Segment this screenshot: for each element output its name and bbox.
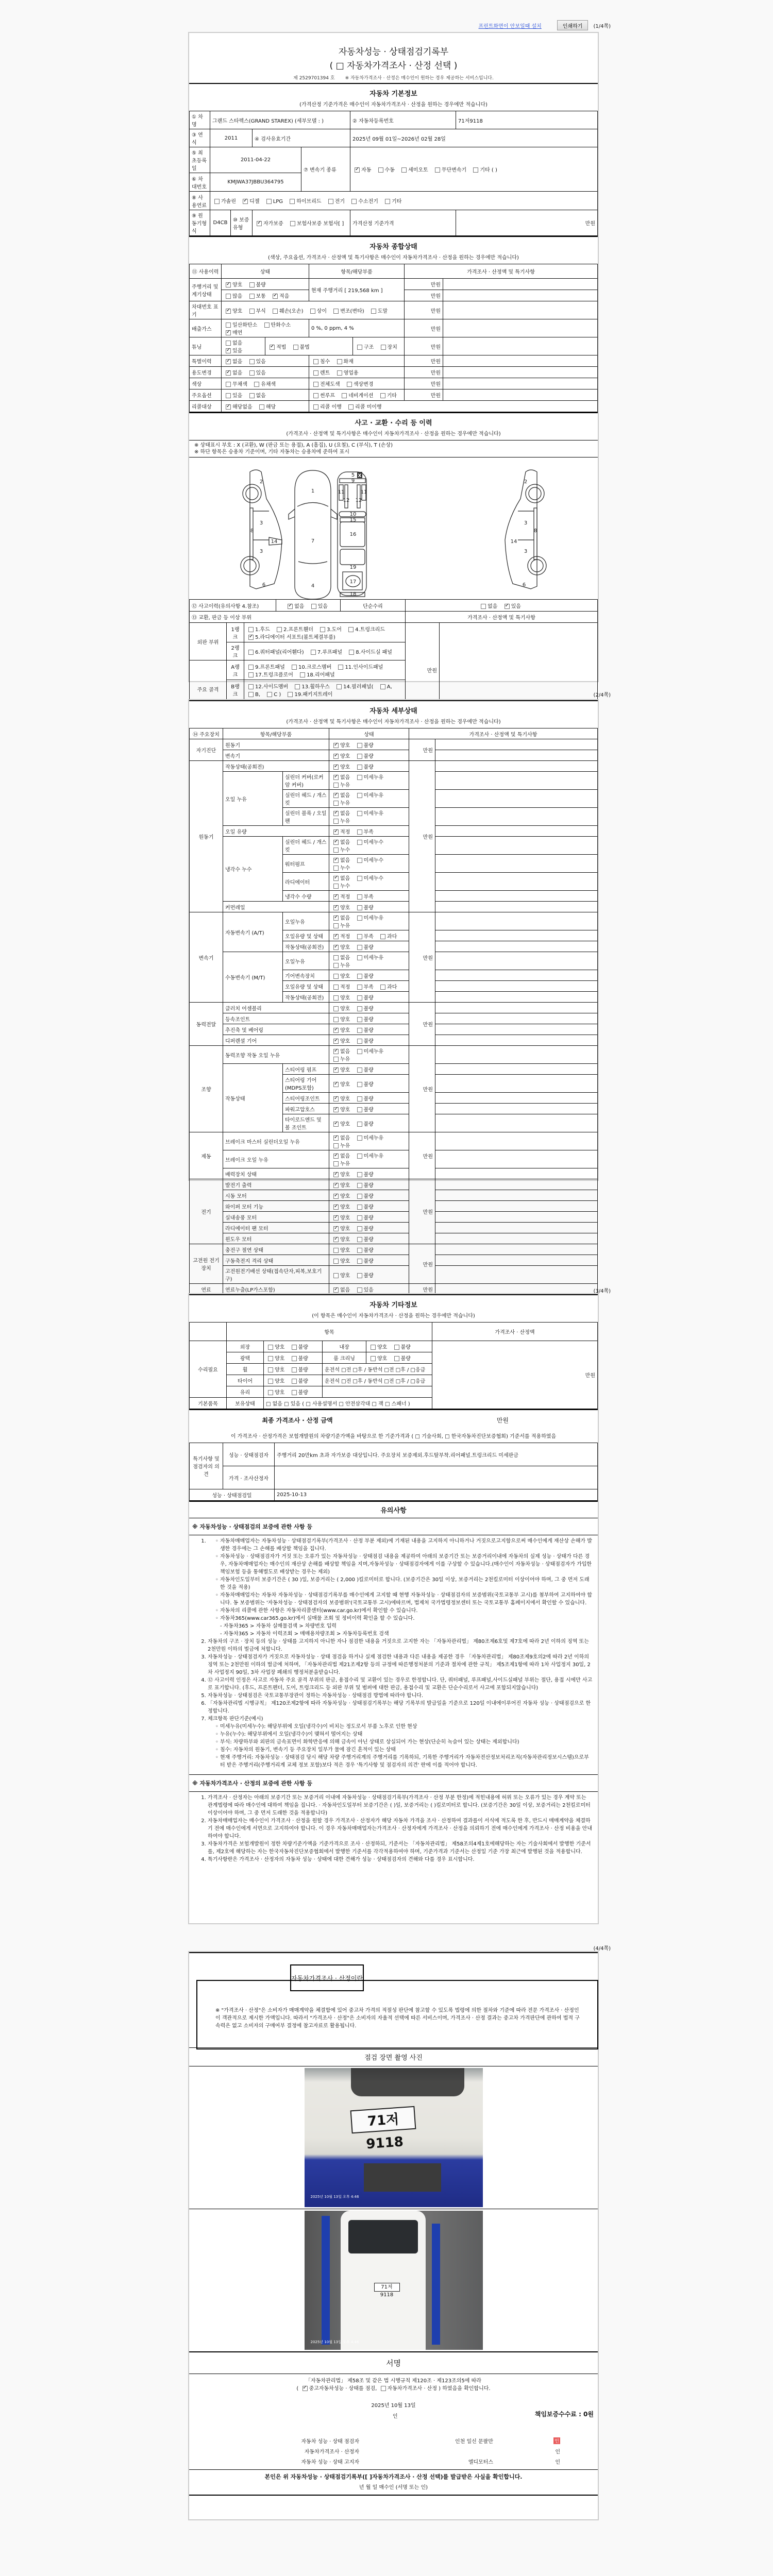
checkbox-option[interactable]: 양호 [331,974,350,979]
checkbox-option[interactable]: 없음 [331,1136,350,1141]
checkbox-option[interactable]: 양호 [331,1122,350,1127]
checkbox-option[interactable]: 3.도어 [318,627,342,633]
checkbox[interactable] [292,1356,297,1361]
checkbox-option[interactable]: 양호 [331,995,350,1001]
checkbox-option[interactable]: 자동 [352,167,371,173]
checkbox-option[interactable]: 미세누유 [355,916,384,921]
checkbox[interactable] [333,1237,339,1242]
checkbox-option[interactable]: 없음 [247,393,266,399]
checkbox[interactable] [394,1356,399,1361]
checkbox-option[interactable]: 과다 [378,934,397,940]
checkbox[interactable] [348,404,354,410]
checkbox-option[interactable]: 양호 [331,1194,350,1199]
checkbox[interactable] [348,627,354,632]
checkbox-option[interactable]: LPG [264,199,283,205]
checkbox-option[interactable]: 양호 [266,1345,284,1350]
checkbox-option[interactable]: 8.사이드실 패널 [347,650,392,655]
checkbox[interactable] [481,604,486,609]
checkbox-option[interactable]: 양호 [331,1172,350,1178]
checkbox[interactable] [357,1017,362,1022]
checkbox[interactable] [357,1067,362,1073]
checkbox-option[interactable]: 수소전기 [349,199,378,205]
checkbox-option[interactable]: 있음 [309,604,328,609]
checkbox-option[interactable]: 누유 [331,1057,350,1062]
checkbox[interactable] [357,829,362,835]
checkbox-option[interactable]: 누유 [331,963,350,969]
checkbox-option[interactable]: 변조(변타) [331,309,364,314]
checkbox-option[interactable]: 불량 [355,1194,374,1199]
checkbox-option[interactable]: 없음 [331,793,350,799]
checkbox[interactable] [313,404,318,410]
checkbox[interactable] [268,1390,273,1395]
checkbox[interactable] [290,221,295,226]
checkbox[interactable] [333,754,339,759]
checkbox[interactable] [313,393,318,398]
checkbox[interactable] [249,294,255,299]
checkbox[interactable] [333,1194,339,1199]
checkbox-option[interactable]: 미세누수 [355,876,384,882]
checkbox[interactable] [292,1345,297,1350]
checkbox-option[interactable]: 구조 [355,345,374,350]
checkbox[interactable] [357,905,362,910]
checkbox[interactable] [357,894,362,900]
checkbox[interactable] [333,765,339,770]
checkbox-option[interactable]: 적정 [331,985,350,990]
checkbox[interactable] [333,1096,339,1101]
checkbox[interactable] [505,604,510,609]
checkbox[interactable] [357,811,362,816]
checkbox-option[interactable]: 리콜 미이행 [346,404,381,410]
checkbox-option[interactable]: 과다 [378,985,397,990]
checkbox-option[interactable]: 양호 [331,905,350,911]
checkbox-option[interactable]: 누수 [331,848,350,853]
checkbox[interactable] [338,665,343,670]
checkbox[interactable] [292,1390,297,1395]
checkbox[interactable] [333,1136,339,1141]
checkbox[interactable] [249,393,255,398]
checkbox[interactable] [288,604,293,609]
checkbox[interactable] [357,876,362,881]
checkbox-option[interactable]: 부식 [247,309,266,314]
checkbox-option[interactable]: 10.크로스멤버 [290,665,331,670]
checkbox-option[interactable]: 양호 [331,1028,350,1033]
checkbox-option[interactable]: 없음 [331,876,350,882]
checkbox-option[interactable]: 부족 [355,985,374,990]
checkbox[interactable] [337,370,342,376]
checkbox-option[interactable]: 불량 [355,1205,374,1210]
checkbox[interactable] [333,775,339,780]
checkbox-option[interactable]: 불량 [355,1017,374,1023]
checkbox[interactable] [333,1172,339,1177]
checkbox[interactable] [293,345,298,350]
checkbox[interactable] [357,1154,362,1159]
checkbox[interactable] [273,294,278,299]
checkbox[interactable] [337,359,342,364]
checkbox-option[interactable]: 기타 ( ) [471,167,497,173]
checkbox-option[interactable]: 없음 [331,955,350,961]
checkbox-option[interactable]: 탄화수소 [262,323,291,328]
checkbox-option[interactable]: 불량 [355,974,374,979]
checkbox[interactable] [248,650,254,655]
checkbox[interactable] [333,955,339,960]
checkbox[interactable] [333,743,339,748]
checkbox[interactable] [226,393,231,398]
checkbox-option[interactable]: 양호 [331,1259,350,1264]
checkbox[interactable] [226,404,231,410]
checkbox-option[interactable]: 영업용 [335,370,359,376]
checkbox[interactable] [273,309,278,314]
checkbox[interactable] [380,985,385,990]
checkbox-option[interactable]: 렌트 [311,370,330,376]
checkbox[interactable] [357,793,362,798]
checkbox-option[interactable]: 불량 [355,1172,374,1178]
checkbox-option[interactable]: 적정 [331,934,350,940]
checkbox-option[interactable]: 양호 [331,1248,350,1253]
checkbox[interactable] [351,199,357,204]
checkbox-option[interactable]: 수동 [376,167,395,173]
checkbox[interactable] [401,167,407,173]
checkbox-option[interactable]: 18.리어패널 [298,672,335,678]
checkbox[interactable] [333,1259,339,1264]
checkbox-option[interactable]: 없음 [331,840,350,845]
checkbox-option[interactable]: 불법 [291,345,310,350]
checkbox[interactable] [333,1122,339,1127]
checkbox[interactable] [473,167,478,173]
checkbox-option[interactable]: 누유 [331,1143,350,1149]
checkbox-option[interactable]: 있음 [224,393,242,399]
checkbox[interactable] [333,945,339,950]
checkbox-option[interactable]: 누수 [331,884,350,889]
checkbox-option[interactable]: 5.라디에이터 서포트(볼트체결부품) [246,635,335,640]
checkbox-option[interactable]: 2.프론트휀더 [275,627,313,633]
checkbox-option[interactable]: 양호 [331,1096,350,1102]
checkbox-option[interactable]: 불량 [355,945,374,951]
checkbox-option[interactable]: 미세누유 [355,955,384,961]
checkbox-option[interactable]: 적정 [331,894,350,900]
checkbox-option[interactable]: 불량 [355,765,374,770]
checkbox-option[interactable]: 매연 [224,330,242,336]
checkbox-option[interactable]: 불량 [355,1215,374,1221]
checkbox-option[interactable]: 없음 [331,811,350,817]
checkbox-option[interactable]: 해당 [257,404,276,410]
checkbox[interactable] [226,309,231,314]
checkbox[interactable] [333,1273,339,1278]
checkbox-option[interactable]: 불량 [290,1356,308,1362]
checkbox-option[interactable]: 불량 [355,1226,374,1232]
checkbox-option[interactable]: 양호 [331,1067,350,1073]
checkbox[interactable] [249,309,255,314]
checkbox-option[interactable]: 미세누유 [355,1049,384,1055]
checkbox[interactable] [357,840,362,845]
checkbox-option[interactable]: 상이 [308,309,327,314]
checkbox[interactable] [357,1248,362,1253]
checkbox[interactable] [385,199,390,204]
checkbox[interactable] [357,1006,362,1011]
checkbox[interactable] [226,282,231,287]
checkbox-option[interactable]: 양호 [368,1356,387,1362]
checkbox[interactable] [226,348,231,353]
checkbox-option[interactable]: 적정 [331,829,350,835]
checkbox[interactable] [357,1039,362,1044]
checkbox[interactable] [357,345,362,350]
checkbox-option[interactable]: 많음 [224,294,242,299]
checkbox-option[interactable]: 양호 [266,1390,284,1396]
checkbox-option[interactable]: 가솔린 [212,199,236,205]
checkbox[interactable] [357,985,362,990]
checkbox[interactable] [333,793,339,798]
checkbox[interactable] [333,894,339,900]
inspection-checkbox[interactable] [303,2386,308,2391]
checkbox[interactable] [357,1273,362,1278]
checkbox[interactable] [357,858,362,863]
checkbox[interactable] [380,393,385,398]
checkbox-option[interactable]: 불량 [355,1006,374,1012]
checkbox-option[interactable]: 누유 [331,801,350,806]
checkbox-option[interactable]: 양호 [266,1379,284,1384]
checkbox[interactable] [357,743,362,748]
checkbox-option[interactable]: 양호 [331,1237,350,1243]
checkbox[interactable] [254,382,259,387]
checkbox-option[interactable]: 불량 [355,1096,374,1102]
checkbox-option[interactable]: 양호 [368,1345,387,1350]
checkbox[interactable] [292,1367,297,1372]
checkbox[interactable] [226,370,231,376]
checkbox[interactable] [333,811,339,816]
checkbox[interactable] [264,323,270,328]
checkbox-option[interactable]: 양호 [266,1356,284,1362]
checkbox[interactable] [333,884,339,889]
checkbox-option[interactable]: 불량 [290,1390,308,1396]
checkbox-option[interactable]: 네비게이션 [340,393,373,399]
checkbox-option[interactable]: 양호 [331,743,350,749]
checkbox-option[interactable]: 미세누수 [355,858,384,863]
checkbox[interactable] [342,393,347,398]
checkbox-option[interactable]: 불량 [355,1028,374,1033]
checkbox-option[interactable]: 있음 [502,604,521,609]
checkbox[interactable] [243,199,248,204]
checkbox[interactable] [268,1379,273,1384]
checkbox[interactable] [249,359,255,364]
checkbox-option[interactable]: 불량 [355,1039,374,1044]
checkbox-option[interactable]: 9.프론트패널 [246,665,285,670]
checkbox-option[interactable]: A, [378,684,392,690]
checkbox-option[interactable]: 무단변속기 [433,167,466,173]
checkbox[interactable] [380,684,385,689]
checkbox[interactable] [333,1248,339,1253]
checkbox-option[interactable]: 썬루프 [311,393,335,399]
checkbox-option[interactable]: 양호 [331,1205,350,1210]
checkbox[interactable] [249,370,255,376]
checkbox[interactable] [295,684,300,689]
checkbox-option[interactable]: 17.트렁크플로어 [246,672,293,678]
checkbox[interactable] [333,934,339,939]
checkbox-option[interactable]: 전기 [326,199,345,205]
checkbox[interactable] [378,167,383,173]
checkbox[interactable] [333,1215,339,1221]
checkbox[interactable] [226,382,231,387]
checkbox-option[interactable]: 양호 [331,765,350,770]
checkbox[interactable] [371,1356,376,1361]
checkbox[interactable] [333,848,339,853]
checkbox[interactable] [248,635,254,640]
checkbox-option[interactable]: 없음 [331,858,350,863]
checkbox[interactable] [249,282,255,287]
checkbox-option[interactable]: 양호 [224,282,242,288]
checkbox-option[interactable]: 불량 [355,995,374,1001]
checkbox[interactable] [257,221,262,226]
checkbox[interactable] [214,199,220,204]
checkbox-option[interactable]: 자가보증 [255,221,283,227]
checkbox[interactable] [226,341,231,346]
checkbox[interactable] [333,995,339,1001]
checkbox[interactable] [333,974,339,979]
checkbox[interactable] [357,1049,362,1054]
checkbox[interactable] [333,916,339,921]
checkbox[interactable] [313,370,318,376]
checkbox-option[interactable]: 14.필러패널( [334,684,373,690]
checkbox[interactable] [226,359,231,364]
checkbox-option[interactable]: 양호 [331,1017,350,1023]
checkbox-option[interactable]: 없음 [224,341,242,346]
checkbox-option[interactable]: 양호 [331,1006,350,1012]
checkbox[interactable] [290,199,295,204]
checkbox-option[interactable]: 색상변경 [345,382,374,387]
checkbox-option[interactable]: 불량 [355,1107,374,1113]
checkbox-option[interactable]: 불량 [392,1345,411,1350]
checkbox-option[interactable]: 적음 [271,294,289,299]
checkbox-option[interactable]: 유채색 [252,382,276,387]
checkbox-option[interactable]: 보험사보증 보험사[ ] [288,221,344,227]
checkbox-option[interactable]: 세미오토 [399,167,428,173]
checkbox-option[interactable]: 불량 [355,1122,374,1127]
checkbox-option[interactable]: 도말 [369,309,388,314]
checkbox[interactable] [333,1226,339,1231]
checkbox[interactable] [333,923,339,928]
checkbox[interactable] [333,1006,339,1011]
checkbox-option[interactable]: 디젤 [241,199,259,205]
checkbox-option[interactable]: 7.루프패널 [309,650,342,655]
checkbox[interactable] [357,1183,362,1188]
checkbox-option[interactable]: 없음 [224,370,242,376]
checkbox[interactable] [310,309,315,314]
checkbox[interactable] [328,199,333,204]
checkbox[interactable] [357,775,362,780]
checkbox-option[interactable]: 미세누수 [355,840,384,845]
checkbox-option[interactable]: 양호 [331,945,350,951]
checkbox-option[interactable]: 부족 [355,894,374,900]
checkbox[interactable] [357,1172,362,1177]
checkbox-option[interactable]: 양호 [331,1082,350,1088]
checkbox-option[interactable]: 있음 [247,370,266,376]
checkbox-option[interactable]: 양호 [331,1107,350,1113]
checkbox-option[interactable]: 12.사이드멤버 [246,684,288,690]
checkbox[interactable] [333,829,339,835]
checkbox[interactable] [259,404,264,410]
checkbox-option[interactable]: 장치 [379,345,397,350]
checkbox-option[interactable]: 불량 [355,1259,374,1264]
checkbox[interactable] [333,1017,339,1022]
checkbox-option[interactable]: 기타 [383,199,401,205]
checkbox-option[interactable]: 미세누유 [355,775,384,781]
checkbox-option[interactable]: 누유 [331,783,350,788]
checkbox-option[interactable]: 양호 [331,1039,350,1044]
checkbox[interactable] [268,1356,273,1361]
checkbox[interactable] [357,1194,362,1199]
checkbox[interactable] [226,330,231,335]
checkbox[interactable] [357,1215,362,1221]
checkbox[interactable] [333,1067,339,1073]
checkbox-option[interactable]: 기타 [378,393,397,399]
checkbox[interactable] [333,963,339,968]
appraisal-checkbox[interactable] [381,2386,386,2391]
checkbox-option[interactable]: 불량 [355,1248,374,1253]
checkbox-option[interactable]: 보통 [247,294,266,299]
checkbox[interactable] [357,754,362,759]
checkbox[interactable] [333,1057,339,1062]
checkbox-option[interactable]: 13.휠하우스 [293,684,330,690]
checkbox[interactable] [357,1107,362,1112]
checkbox-option[interactable]: 양호 [331,1226,350,1232]
checkbox[interactable] [394,1345,399,1350]
print-install-link[interactable]: 프린트화면이 안보일때 설치 [479,22,542,29]
checkbox-option[interactable]: 불량 [355,1183,374,1189]
checkbox-option[interactable]: 양호 [331,754,350,759]
checkbox[interactable] [357,1082,362,1087]
checkbox[interactable] [380,934,385,939]
checkbox[interactable] [300,672,305,677]
checkbox[interactable] [226,294,231,299]
checkbox[interactable] [333,866,339,871]
checkbox-option[interactable]: 양호 [331,1183,350,1189]
checkbox-option[interactable]: 누유 [331,1161,350,1167]
checkbox-option[interactable]: 하이브리드 [288,199,321,205]
checkbox[interactable] [357,1136,362,1141]
checkbox[interactable] [337,684,342,689]
checkbox-option[interactable]: 불량 [355,1082,374,1088]
checkbox-option[interactable]: 누수 [331,866,350,871]
checkbox-option[interactable]: 양호 [331,1273,350,1279]
checkbox[interactable] [333,985,339,990]
checkbox-option[interactable]: 4.트렁크리드 [346,627,385,633]
checkbox-option[interactable]: 11.인사이드패널 [336,665,383,670]
checkbox-option[interactable]: 없음 [285,604,304,609]
checkbox[interactable] [357,1237,362,1242]
checkbox-option[interactable]: 미세누유 [355,1154,384,1159]
checkbox-option[interactable]: 없음 [224,359,242,365]
checkbox-option[interactable]: 있음 [247,359,266,365]
checkbox-option[interactable]: 부족 [355,829,374,835]
checkbox[interactable] [357,1122,362,1127]
checkbox-option[interactable]: 없음 [331,1154,350,1159]
checkbox[interactable] [333,1205,339,1210]
checkbox-option[interactable]: 미세누유 [355,793,384,799]
checkbox[interactable] [333,783,339,788]
checkbox-option[interactable]: 6.쿼터패널(리어휀다) [246,650,304,655]
checkbox[interactable] [248,627,254,632]
checkbox-option[interactable]: 누유 [331,819,350,824]
checkbox-option[interactable]: 불량 [290,1345,308,1350]
checkbox-option[interactable]: 적법 [267,345,286,350]
checkbox[interactable] [333,1154,339,1159]
checkbox[interactable] [320,627,325,632]
checkbox[interactable] [333,858,339,863]
checkbox-option[interactable]: 미세누유 [355,1136,384,1141]
checkbox-option[interactable]: 누유 [331,923,350,929]
checkbox[interactable] [333,1107,339,1112]
checkbox[interactable] [357,1226,362,1231]
checkbox-option[interactable]: 미세누유 [355,811,384,817]
checkbox-option[interactable]: 불량 [355,743,374,749]
